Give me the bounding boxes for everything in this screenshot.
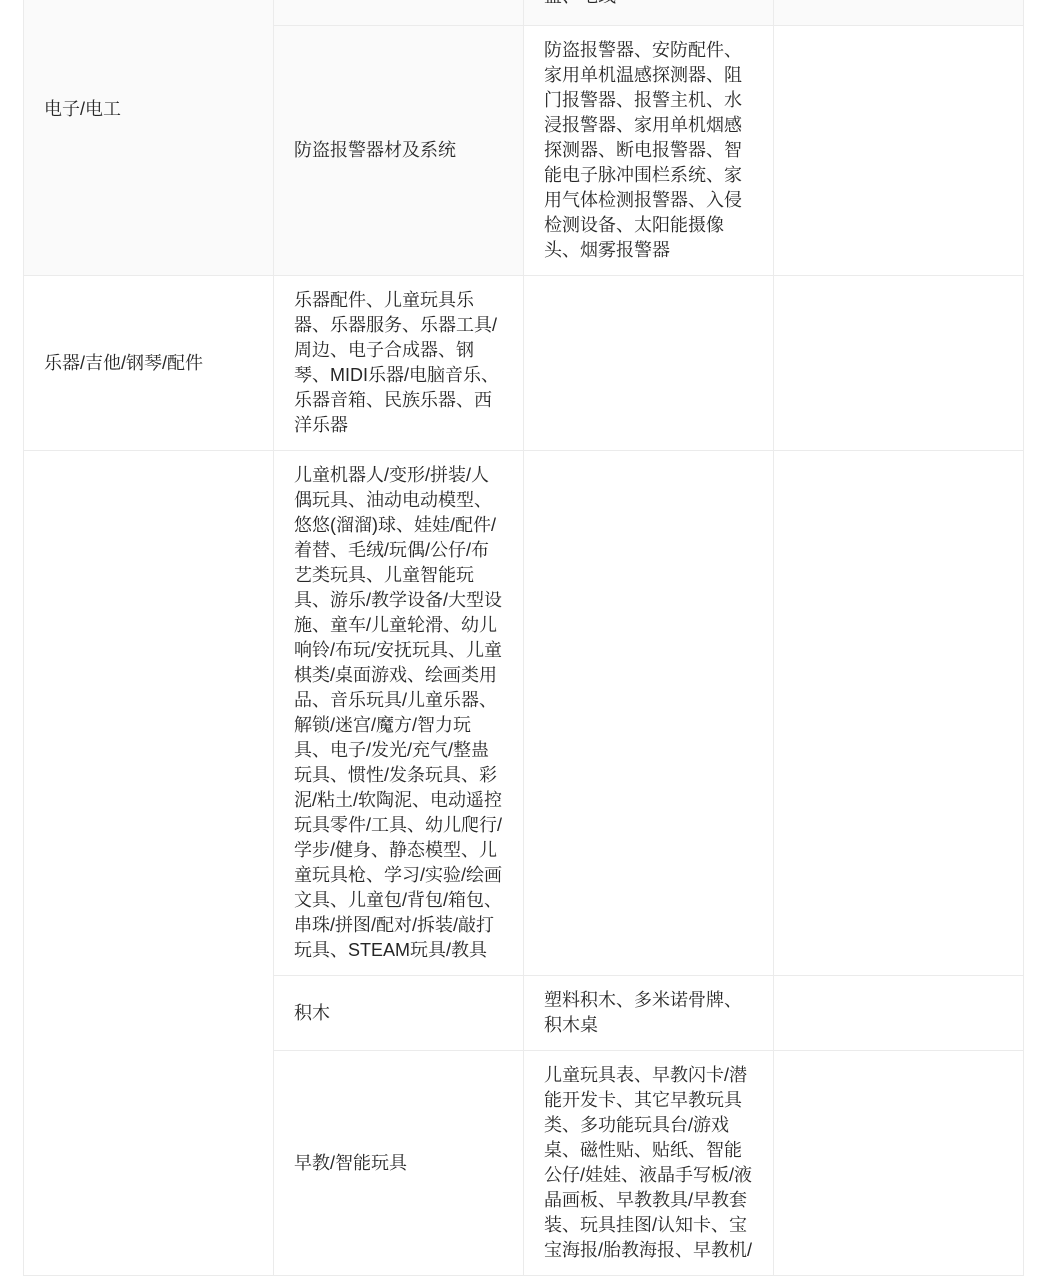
category-table-viewport: 电子/电工 电工配件、电工套管、底盒、电线 防盗报警器材及系统 防盗报警器、安防…: [23, 0, 1023, 1256]
subcategory-cell: 早教/智能玩具: [274, 1051, 524, 1257]
category-table: 电子/电工 电工配件、电工套管、底盒、电线 防盗报警器材及系统 防盗报警器、安防…: [23, 0, 1024, 1256]
category-cell: [24, 451, 274, 1257]
subcategory-cell: [274, 0, 524, 26]
subcategory-cell: 积木: [274, 976, 524, 1051]
category-cell: 乐器/吉他/钢琴/配件: [24, 276, 274, 451]
note-cell: [774, 0, 1024, 26]
items-cell: 塑料积木、多米诺骨牌、积木桌: [524, 976, 774, 1051]
note-cell: [774, 1051, 1024, 1257]
subcategory-cell: 防盗报警器材及系统: [274, 26, 524, 276]
note-cell: [774, 276, 1024, 451]
table-row: 电子/电工 电工配件、电工套管、底盒、电线: [24, 0, 1024, 26]
items-cell: [524, 451, 774, 976]
subcategory-cell: 乐器配件、儿童玩具乐器、乐器服务、乐器工具/周边、电子合成器、钢琴、MIDI乐器…: [274, 276, 524, 451]
note-cell: [774, 26, 1024, 276]
table-row: 乐器/吉他/钢琴/配件 乐器配件、儿童玩具乐器、乐器服务、乐器工具/周边、电子合…: [24, 276, 1024, 451]
items-cell: 防盗报警器、安防配件、家用单机温感探测器、阻门报警器、报警主机、水浸报警器、家用…: [524, 26, 774, 276]
note-cell: [774, 976, 1024, 1051]
table-row: 儿童机器人/变形/拼装/人偶玩具、油动电动模型、悠悠(溜溜)球、娃娃/配件/着替…: [24, 451, 1024, 976]
items-cell: 电工配件、电工套管、底盒、电线: [524, 0, 774, 26]
category-cell: 电子/电工: [24, 0, 274, 276]
items-cell: [524, 276, 774, 451]
note-cell: [774, 451, 1024, 976]
subcategory-cell: 儿童机器人/变形/拼装/人偶玩具、油动电动模型、悠悠(溜溜)球、娃娃/配件/着替…: [274, 451, 524, 976]
items-cell: 儿童玩具表、早教闪卡/潜能开发卡、其它早教玩具类、多功能玩具台/游戏桌、磁性贴、…: [524, 1051, 774, 1257]
